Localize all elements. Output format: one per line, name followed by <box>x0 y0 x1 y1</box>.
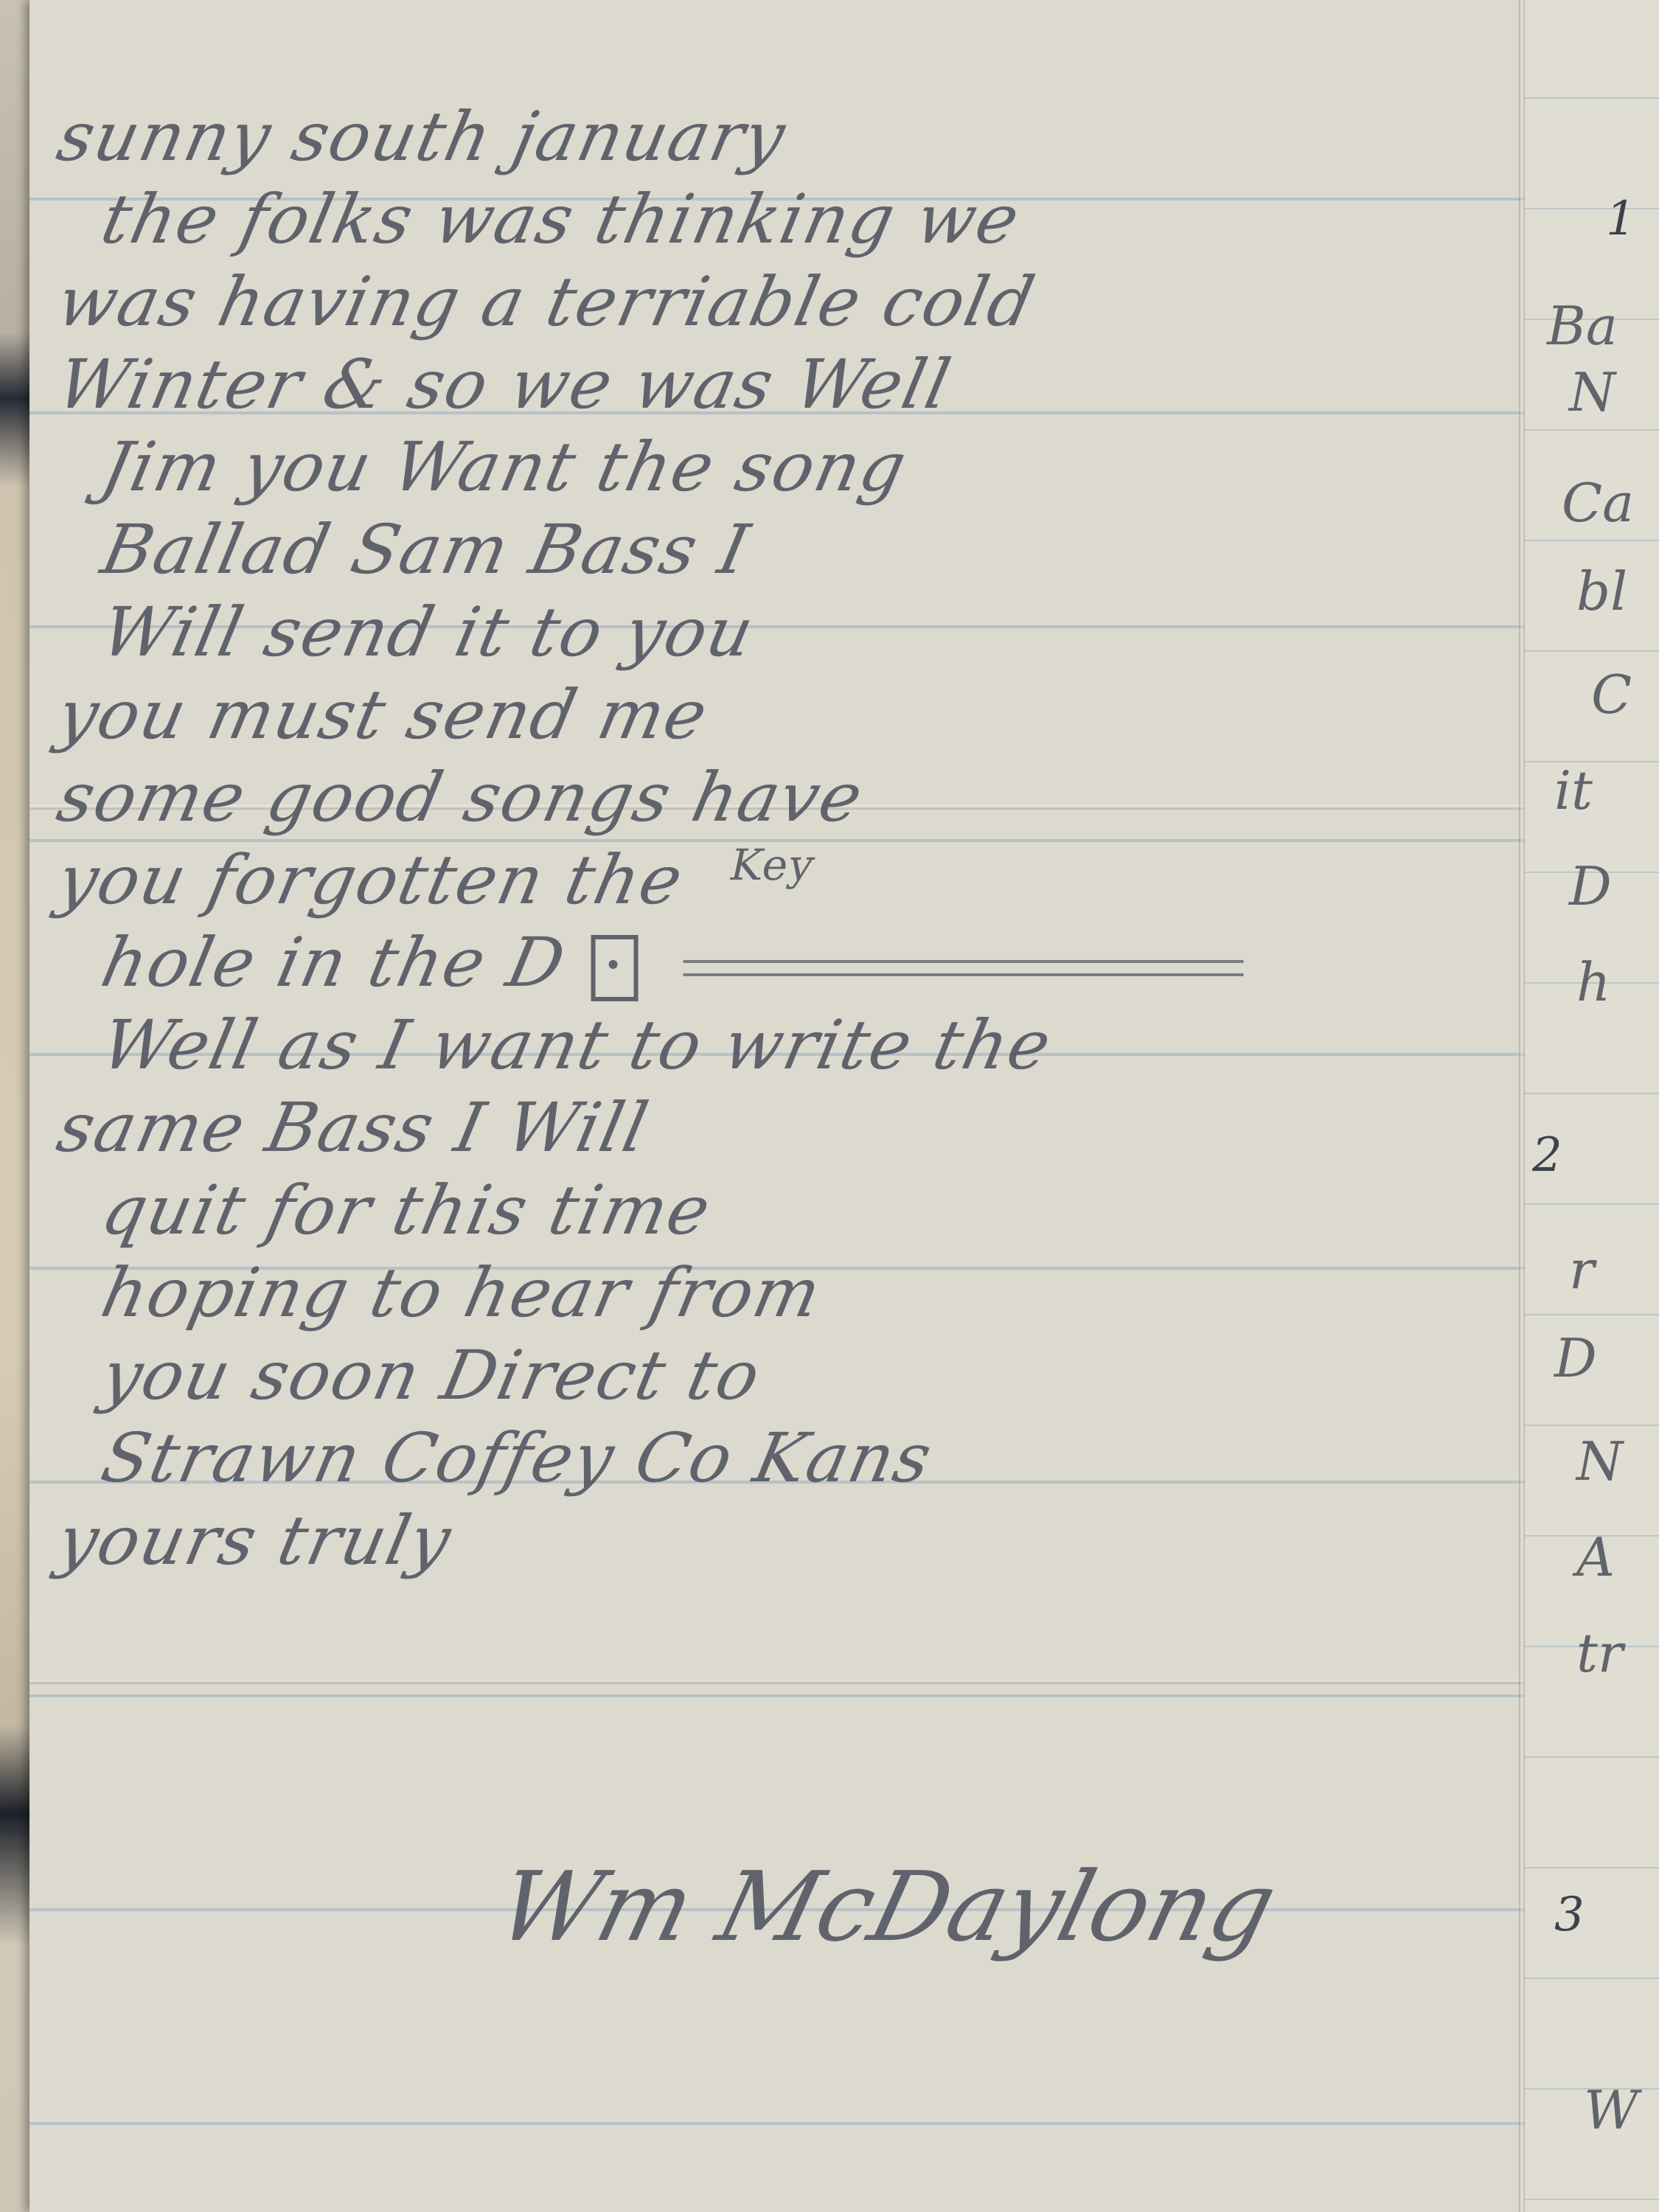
margin-number-1: 1 <box>1606 192 1636 246</box>
page2-fragment: tr <box>1576 1622 1623 1684</box>
fold-crease-vertical <box>1519 0 1525 2212</box>
letter-line: hole in the D <box>50 922 1513 1004</box>
page2-fragment: Ca <box>1562 472 1634 534</box>
fold-crease-lower <box>29 1680 1659 1684</box>
letter-line: you forgotten the Key <box>50 839 1513 922</box>
page2-fragment: r <box>1569 1239 1594 1301</box>
letter-line: the folks was thinking we <box>50 178 1513 261</box>
letter-line: you soon Direct to <box>50 1335 1513 1417</box>
page2-fragment: h <box>1576 951 1610 1013</box>
letter-line: yours truly <box>50 1500 1513 1582</box>
adjacent-page: 1 2 3 Ba N Ca bl C it D h r D N A tr W <box>1525 0 1659 2212</box>
letter-body: sunny south january the folks was thinki… <box>59 96 1504 1582</box>
letter-line: Ballad Sam Bass I <box>50 509 1513 591</box>
letter-line: same Bass I Will <box>50 1087 1513 1169</box>
page2-fragment: D <box>1569 855 1612 917</box>
page2-fragment: it <box>1554 759 1593 821</box>
signature: Wm McDaylong <box>487 1851 1287 1963</box>
margin-number-3: 3 <box>1554 1888 1585 1942</box>
page2-fragment: bl <box>1576 560 1627 622</box>
page2-fragment: C <box>1591 664 1632 726</box>
margin-number-2: 2 <box>1532 1128 1562 1183</box>
letter-line-text: you forgotten the <box>51 841 691 919</box>
double-underline <box>683 960 1243 976</box>
letter-line: Winter & so we was Well <box>50 344 1513 426</box>
letter-line: Will send it to you <box>50 591 1513 674</box>
page2-fragment: N <box>1576 1430 1623 1492</box>
door-keyhole-sketch-icon <box>591 935 638 1001</box>
letter-line: Jim you Want the song <box>50 426 1513 509</box>
letter-line: Well as I want to write the <box>50 1004 1513 1087</box>
inserted-word-key: Key <box>726 840 821 890</box>
page2-fragment: Ba <box>1547 295 1618 357</box>
page2-fragment: D <box>1554 1327 1597 1389</box>
page2-fragment: W <box>1584 2079 1638 2141</box>
letter-line: quit for this time <box>50 1169 1513 1252</box>
letter-line: hoping to hear from <box>50 1252 1513 1335</box>
letter-line: some good songs have <box>50 757 1513 839</box>
letter-line: you must send me <box>50 674 1513 757</box>
letter-line: sunny south january <box>50 96 1513 178</box>
page2-fragment: N <box>1569 361 1615 423</box>
letter-line-text: hole in the D <box>95 923 573 1002</box>
letter-line: Strawn Coffey Co Kans <box>50 1417 1513 1500</box>
page2-fragment: A <box>1576 1526 1615 1588</box>
letter-line: was having a terriable cold <box>50 261 1513 344</box>
